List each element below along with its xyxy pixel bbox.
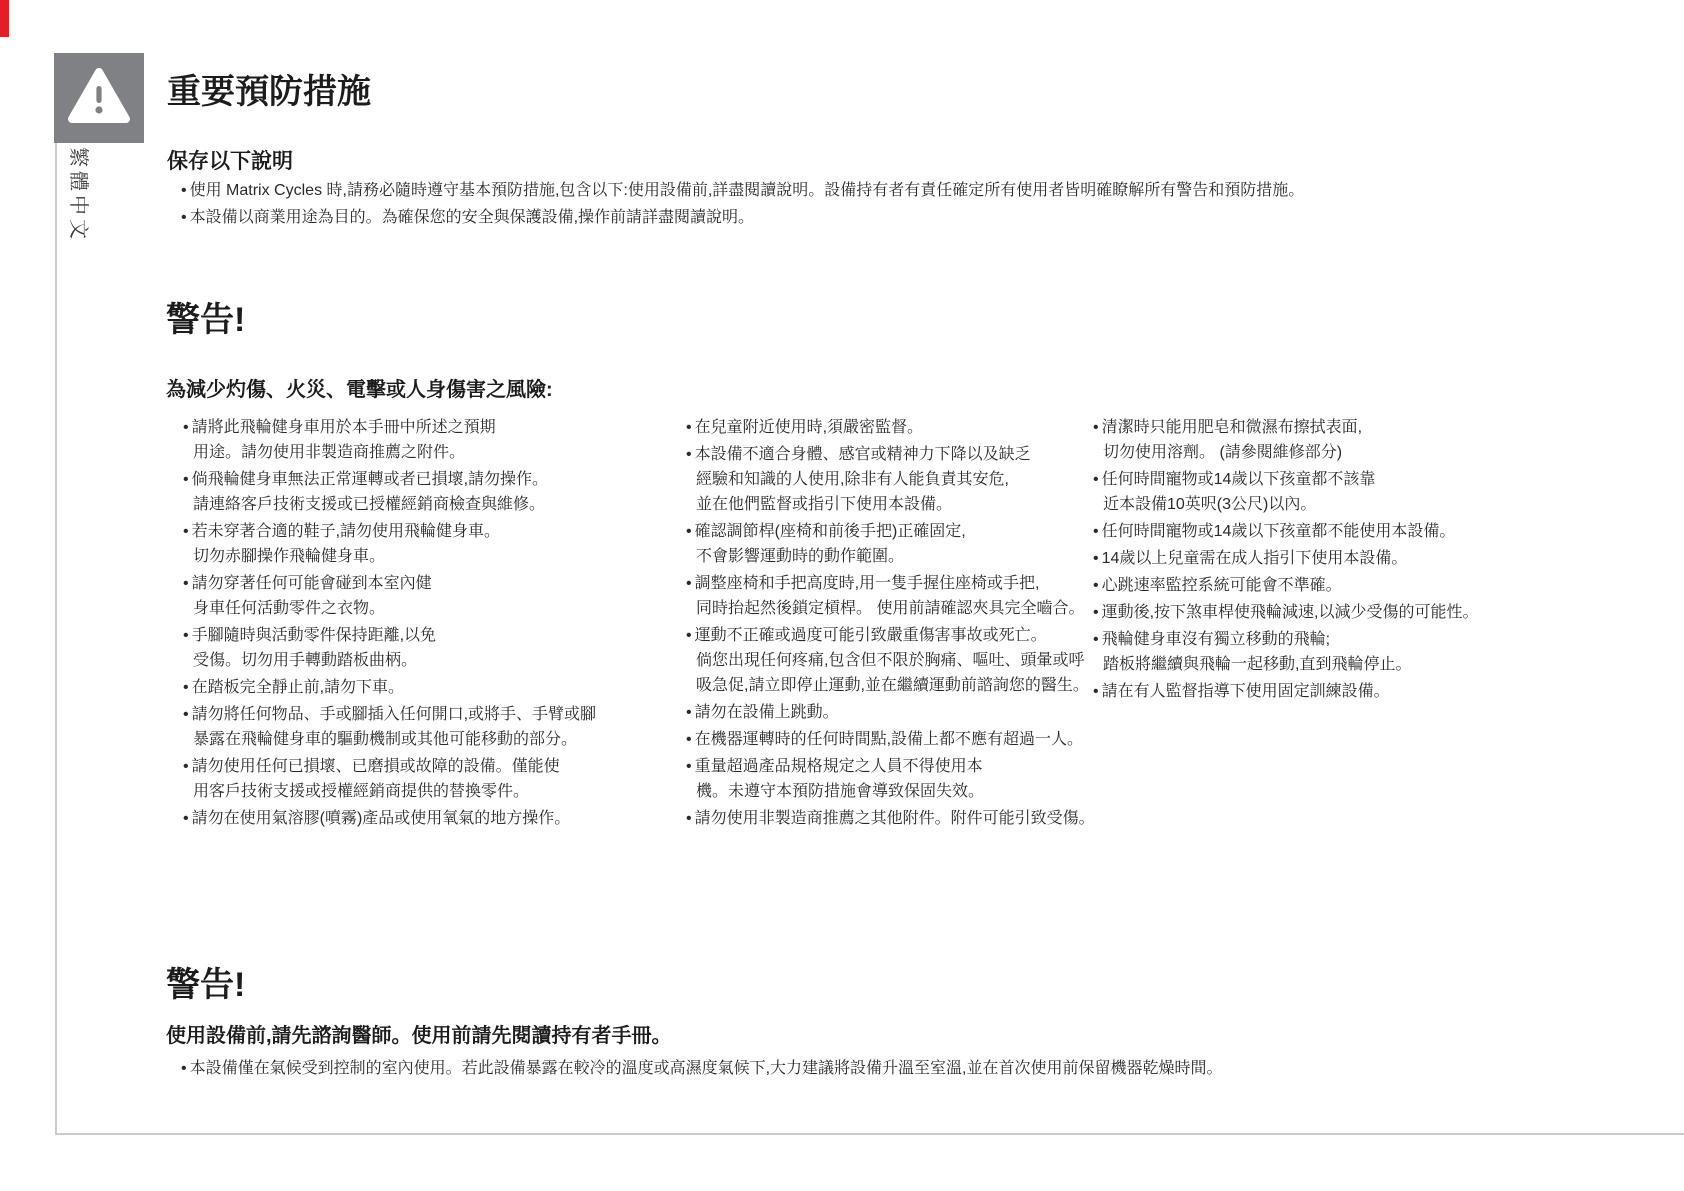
precaution-item: 在機器運轉時的任何時間點,設備上都不應有超過一人。 — [686, 727, 1156, 752]
precaution-item: 請勿使用非製造商推薦之其他附件。附件可能引致受傷。 — [686, 806, 1156, 831]
precaution-item: 請將此飛輪健身車用於本手冊中所述之預期 用途。請勿使用非製造商推薦之附件。 — [183, 415, 678, 465]
page-frame-bottom-line — [55, 1133, 1684, 1135]
precaution-item: 飛輪健身車沒有獨立移動的飛輪; 踏板將繼續與飛輪一起移動,直到飛輪停止。 — [1093, 627, 1653, 677]
precaution-item: 調整座椅和手把高度時,用一隻手握住座椅或手把, 同時抬起然後鎖定槓桿。 使用前請… — [686, 571, 1156, 621]
warning-risk-subheading: 為減少灼傷、火災、電擊或人身傷害之風險: — [166, 377, 553, 403]
precaution-item: 請勿使用任何已損壞、已磨損或故障的設備。僅能使 用客戶技術支援或授權經銷商提供的… — [183, 754, 678, 804]
precaution-item: 運動後,按下煞車桿使飛輪減速,以減少受傷的可能性。 — [1093, 600, 1653, 625]
precaution-item: 請勿將任何物品、手或腳插入任何開口,或將手、手臂或腳 暴露在飛輪健身車的驅動機制… — [183, 702, 678, 752]
precaution-column-3: 清潔時只能用肥皂和微濕布擦拭表面, 切勿使用溶劑。 (請參閱維修部分)任何時間寵… — [1093, 415, 1653, 706]
precaution-item: 本設備不適合身體、感官或精神力下降以及缺乏 經驗和知識的人使用,除非有人能負責其… — [686, 442, 1156, 517]
doctor-warning-bullet: 本設備僅在氣候受到控制的室內使用。若此設備暴露在較冷的溫度或高濕度氣候下,大力建… — [181, 1056, 1641, 1081]
precaution-item: 重量超過產品規格規定之人員不得使用本 機。未遵守本預防措施會導致保固失效。 — [686, 754, 1156, 804]
precaution-item: 14歲以上兒童需在成人指引下使用本設備。 — [1093, 546, 1653, 571]
warning-triangle-icon — [67, 67, 131, 130]
precaution-item: 請勿在使用氣溶膠(噴霧)產品或使用氧氣的地方操作。 — [183, 806, 678, 831]
doctor-warning-heading: 警告! — [166, 965, 245, 1006]
save-instructions-heading: 保存以下說明 — [167, 145, 293, 175]
precaution-item: 若未穿著合適的鞋子,請勿使用飛輪健身車。 切勿赤腳操作飛輪健身車。 — [183, 519, 678, 569]
precaution-item: 請勿在設備上跳動。 — [686, 700, 1156, 725]
precaution-item: 運動不正確或過度可能引致嚴重傷害事故或死亡。 倘您出現任何疼痛,包含但不限於胸痛… — [686, 623, 1156, 698]
intro-bullet: 本設備以商業用途為目的。為確保您的安全與保護設備,操作前請詳盡閱讀說明。 — [181, 205, 1641, 230]
language-label: 繁體中文 — [66, 147, 95, 243]
doctor-warning-bullet-list: 本設備僅在氣候受到控制的室內使用。若此設備暴露在較冷的溫度或高濕度氣候下,大力建… — [181, 1056, 1641, 1083]
precaution-item: 請在有人監督指導下使用固定訓練設備。 — [1093, 679, 1653, 704]
intro-bullet-list: 使用 Matrix Cycles 時,請務必隨時遵守基本預防措施,包含以下:使用… — [181, 178, 1641, 232]
precaution-item: 倘飛輪健身車無法正常運轉或者已損壞,請勿操作。 請連絡客戶技術支援或已授權經銷商… — [183, 467, 678, 517]
precaution-item: 清潔時只能用肥皂和微濕布擦拭表面, 切勿使用溶劑。 (請參閱維修部分) — [1093, 415, 1653, 465]
language-tab-marker — [0, 0, 9, 37]
precaution-item: 手腳隨時與活動零件保持距離,以免 受傷。切勿用手轉動踏板曲柄。 — [183, 623, 678, 673]
intro-bullet: 使用 Matrix Cycles 時,請務必隨時遵守基本預防措施,包含以下:使用… — [181, 178, 1641, 203]
precaution-item: 任何時間寵物或14歲以下孩童都不能使用本設備。 — [1093, 519, 1653, 544]
precaution-column-1: 請將此飛輪健身車用於本手冊中所述之預期 用途。請勿使用非製造商推薦之附件。倘飛輪… — [183, 415, 678, 833]
precaution-column-2: 在兒童附近使用時,須嚴密監督。本設備不適合身體、感官或精神力下降以及缺乏 經驗和… — [686, 415, 1156, 833]
precaution-item: 請勿穿著任何可能會碰到本室內健 身車任何活動零件之衣物。 — [183, 571, 678, 621]
precaution-item: 在踏板完全靜止前,請勿下車。 — [183, 675, 678, 700]
precaution-item: 任何時間寵物或14歲以下孩童都不該靠 近本設備10英呎(3公尺)以內。 — [1093, 467, 1653, 517]
precaution-item: 心跳速率監控系統可能會不準確。 — [1093, 573, 1653, 598]
page-title: 重要預防措施 — [167, 72, 371, 113]
warning-heading: 警告! — [166, 300, 245, 341]
page-frame-left-line — [55, 143, 57, 1135]
precaution-item: 在兒童附近使用時,須嚴密監督。 — [686, 415, 1156, 440]
doctor-warning-subheading: 使用設備前,請先諮詢醫師。使用前請先閱讀持有者手冊。 — [166, 1023, 672, 1049]
precaution-item: 確認調節桿(座椅和前後手把)正確固定, 不會影響運動時的動作範圍。 — [686, 519, 1156, 569]
warning-icon-box — [54, 53, 144, 143]
